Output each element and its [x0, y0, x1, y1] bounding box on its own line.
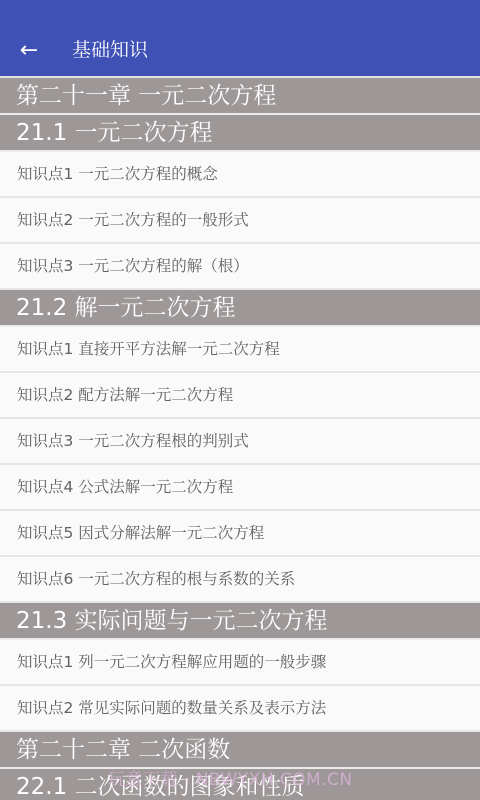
app-bar: ← 基础知识: [0, 0, 480, 76]
chapter-header: 第二十一章 一元二次方程: [0, 78, 480, 115]
list-item[interactable]: 知识点6 一元二次方程的根与系数的关系: [0, 557, 480, 603]
knowledge-list[interactable]: 第二十一章 一元二次方程 21.1 一元二次方程 知识点1 一元二次方程的概念 …: [0, 78, 480, 800]
list-item[interactable]: 知识点1 一元二次方程的概念: [0, 152, 480, 198]
list-item[interactable]: 知识点5 因式分解法解一元二次方程: [0, 511, 480, 557]
section-header: 22.1 二次函数的图象和性质: [0, 769, 480, 800]
list-item[interactable]: 知识点2 配方法解一元二次方程: [0, 373, 480, 419]
section-header: 21.2 解一元二次方程: [0, 290, 480, 327]
arrow-left-icon: ←: [20, 38, 38, 63]
page-title: 基础知识: [72, 36, 148, 64]
chapter-header: 第二十二章 二次函数: [0, 732, 480, 769]
back-button[interactable]: ←: [0, 36, 58, 64]
list-item[interactable]: 知识点4 公式法解一元二次方程: [0, 465, 480, 511]
list-item[interactable]: 知识点3 一元二次方程根的判别式: [0, 419, 480, 465]
list-item[interactable]: 知识点3 一元二次方程的解（根）: [0, 244, 480, 290]
list-item[interactable]: 知识点1 列一元二次方程解应用题的一般步骤: [0, 640, 480, 686]
list-item[interactable]: 知识点2 常见实际问题的数量关系及表示方法: [0, 686, 480, 732]
section-header: 21.3 实际问题与一元二次方程: [0, 603, 480, 640]
list-item[interactable]: 知识点2 一元二次方程的一般形式: [0, 198, 480, 244]
list-item[interactable]: 知识点1 直接开平方法解一元二次方程: [0, 327, 480, 373]
section-header: 21.1 一元二次方程: [0, 115, 480, 152]
